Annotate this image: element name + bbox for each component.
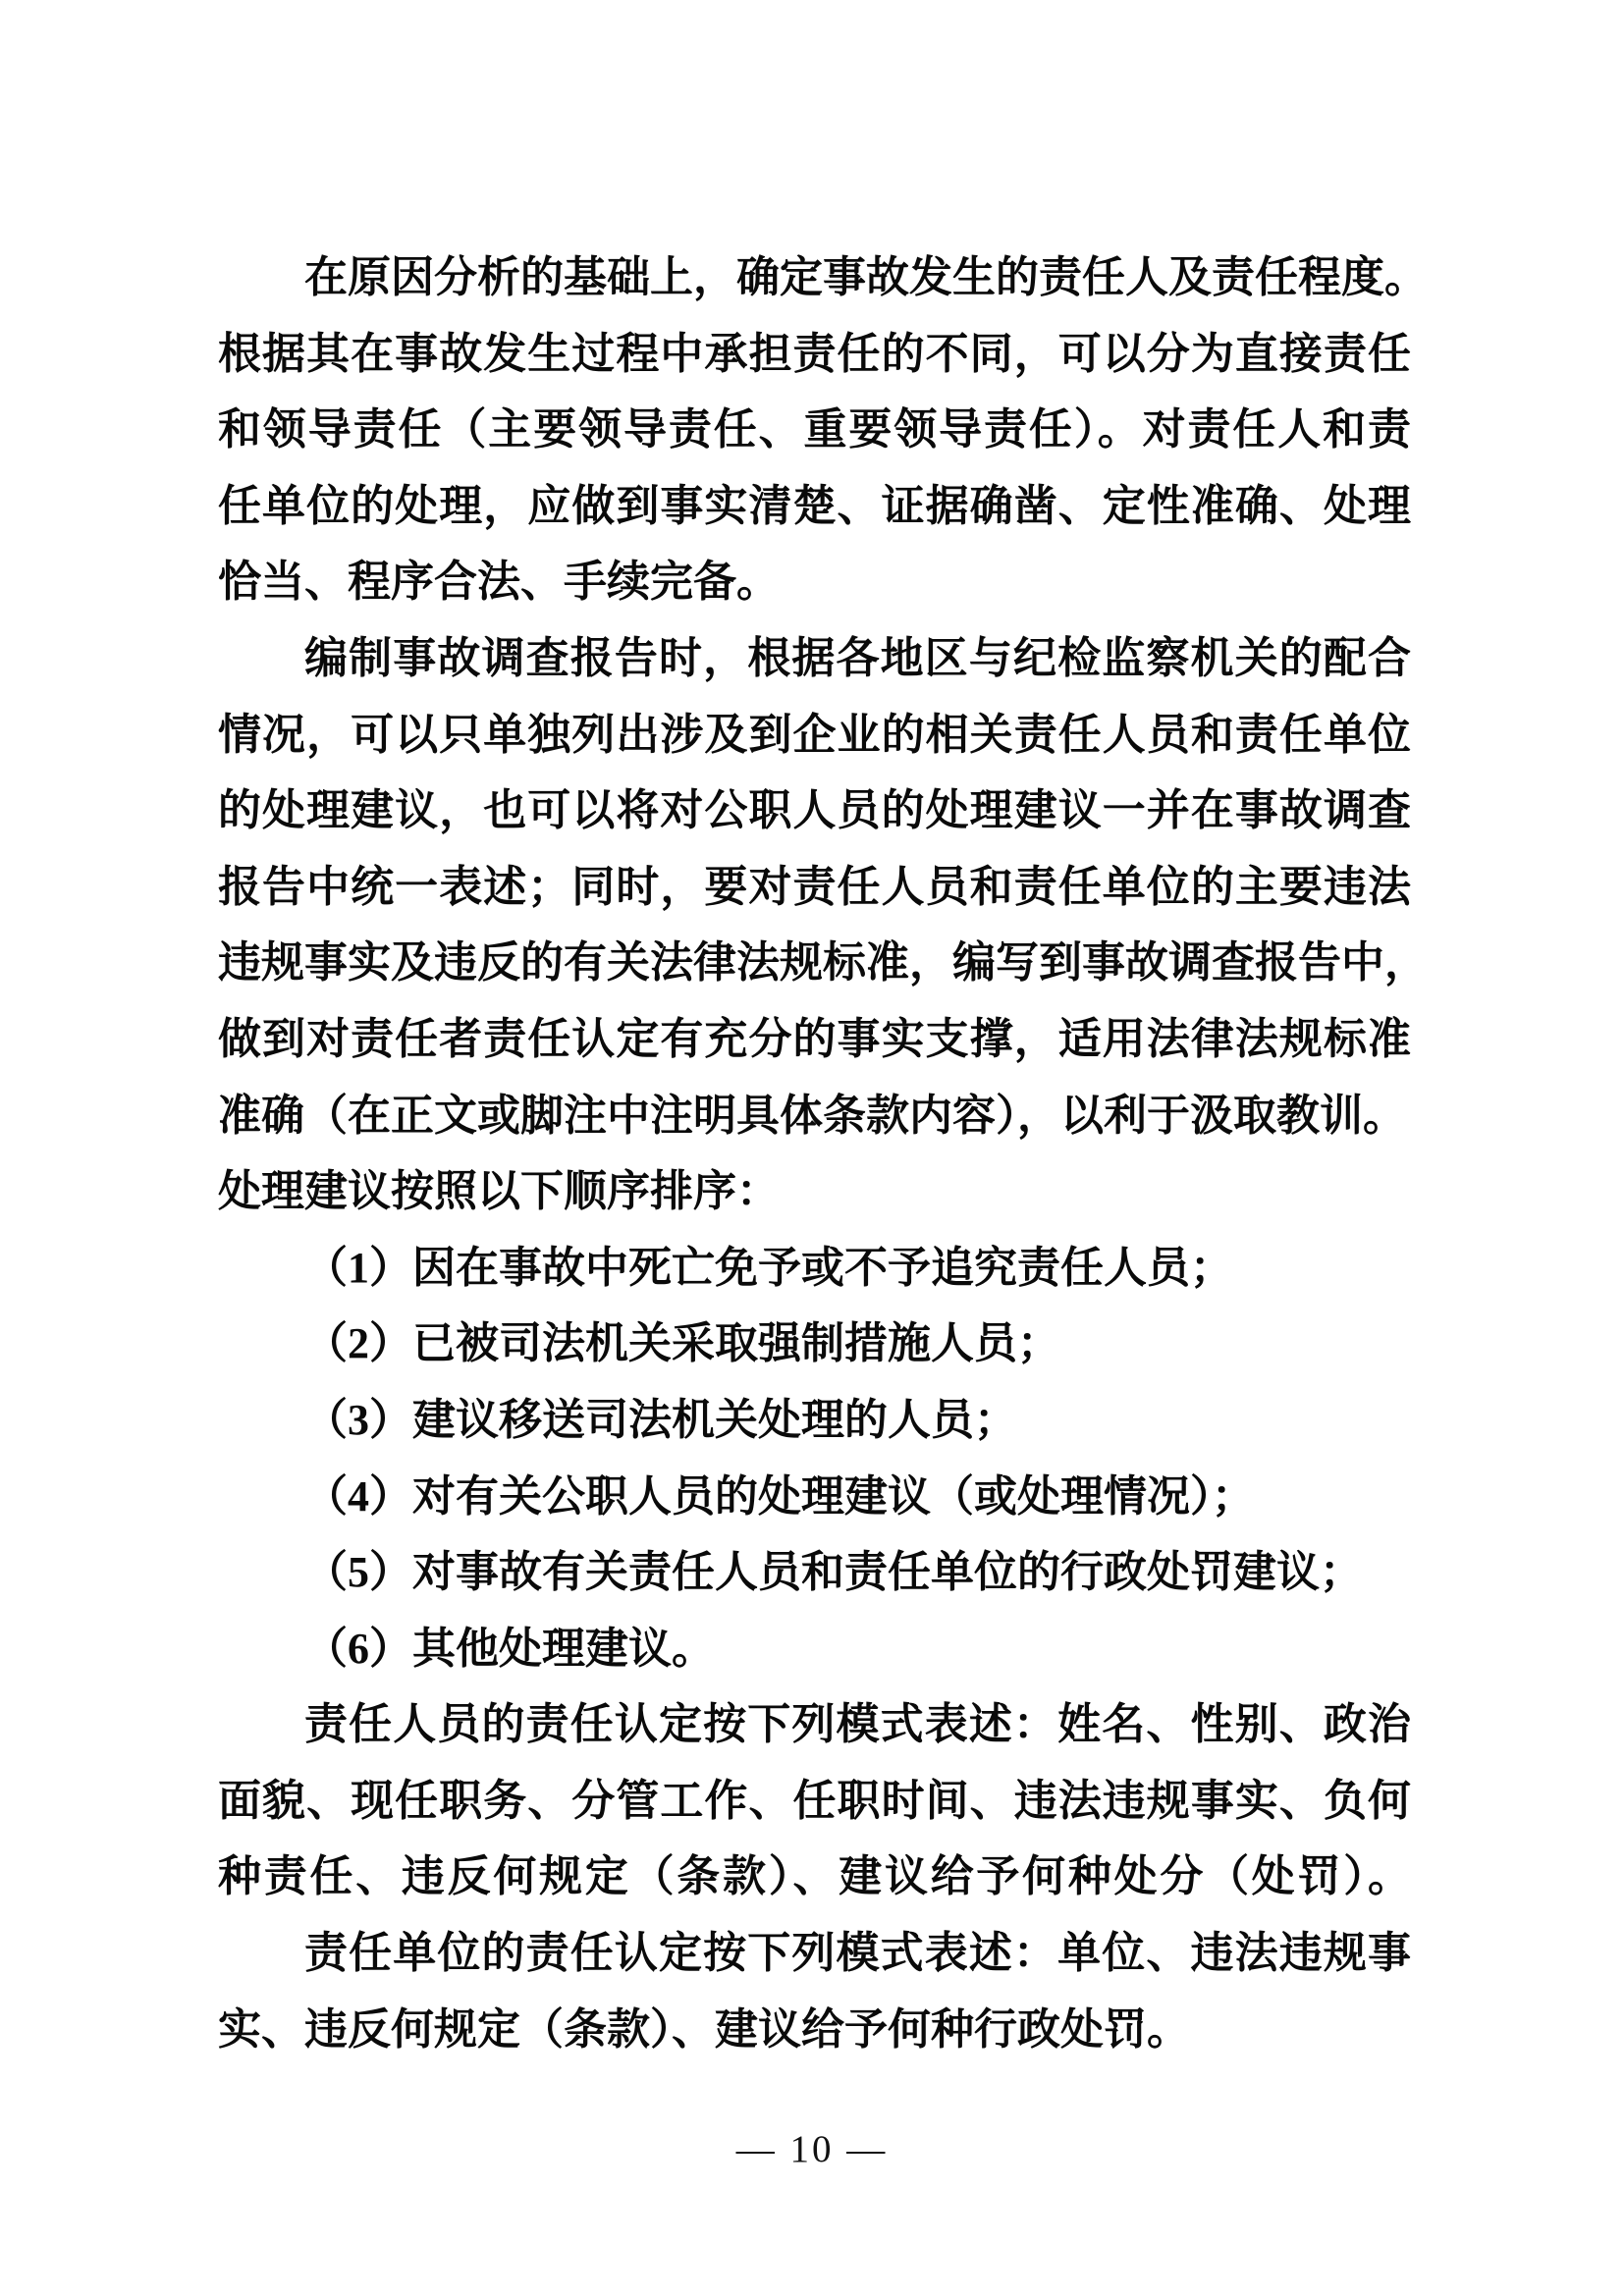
- list-item: （4）对有关公职人员的处理建议（或处理情况）；: [218, 1459, 1411, 1535]
- page-footer: — 10 —: [0, 2120, 1624, 2179]
- text-line: 实、违反何规定（条款）、建议给予何种行政处罚。: [218, 1992, 1411, 2068]
- text-line: 责任人员的责任认定按下列模式表述：姓名、性别、政治: [218, 1686, 1411, 1763]
- text-line: 准确（在正文或脚注中注明具体条款内容），以利于汲取教训。: [218, 1078, 1411, 1154]
- text-line: 和领导责任（主要领导责任、重要领导责任）。对责任人和责: [218, 392, 1411, 468]
- text-line: 恰当、程序合法、手续完备。: [218, 544, 1411, 620]
- text-line: 违规事实及违反的有关法律法规标准，编写到事故调查报告中，: [218, 925, 1411, 1001]
- document-page: 在原因分析的基础上，确定事故发生的责任人及责任程度。 根据其在事故发生过程中承担…: [0, 0, 1624, 2296]
- text-line: 种责任、违反何规定（条款）、建议给予何种处分（处罚）。: [218, 1839, 1411, 1915]
- text-line: 报告中统一表述；同时，要对责任人员和责任单位的主要违法: [218, 849, 1411, 926]
- text-line: 的处理建议，也可以将对公职人员的处理建议一并在事故调查: [218, 773, 1411, 849]
- page-number: — 10 —: [736, 2128, 889, 2170]
- list-item: （3）建议移送司法机关处理的人员；: [218, 1382, 1411, 1459]
- text-line: 做到对责任者责任认定有充分的事实支撑，适用法律法规标准: [218, 1001, 1411, 1078]
- text-line: 面貌、现任职务、分管工作、任职时间、违法违规事实、负何: [218, 1763, 1411, 1840]
- list-item: （6）其他处理建议。: [218, 1611, 1411, 1687]
- text-line: 责任单位的责任认定按下列模式表述：单位、违法违规事: [218, 1915, 1411, 1992]
- text-line: 处理建议按照以下顺序排序：: [218, 1153, 1411, 1230]
- text-line: 在原因分析的基础上，确定事故发生的责任人及责任程度。: [218, 240, 1411, 316]
- list-item: （1）因在事故中死亡免予或不予追究责任人员；: [218, 1230, 1411, 1307]
- list-item: （2）已被司法机关采取强制措施人员；: [218, 1306, 1411, 1382]
- document-body: 在原因分析的基础上，确定事故发生的责任人及责任程度。 根据其在事故发生过程中承担…: [218, 240, 1411, 2067]
- text-line: 编制事故调查报告时，根据各地区与纪检监察机关的配合: [218, 620, 1411, 697]
- text-line: 根据其在事故发生过程中承担责任的不同，可以分为直接责任: [218, 316, 1411, 393]
- text-line: 情况，可以只单独列出涉及到企业的相关责任人员和责任单位: [218, 697, 1411, 774]
- text-line: 任单位的处理，应做到事实清楚、证据确凿、定性准确、处理: [218, 468, 1411, 545]
- list-item: （5）对事故有关责任人员和责任单位的行政处罚建议；: [218, 1534, 1411, 1611]
